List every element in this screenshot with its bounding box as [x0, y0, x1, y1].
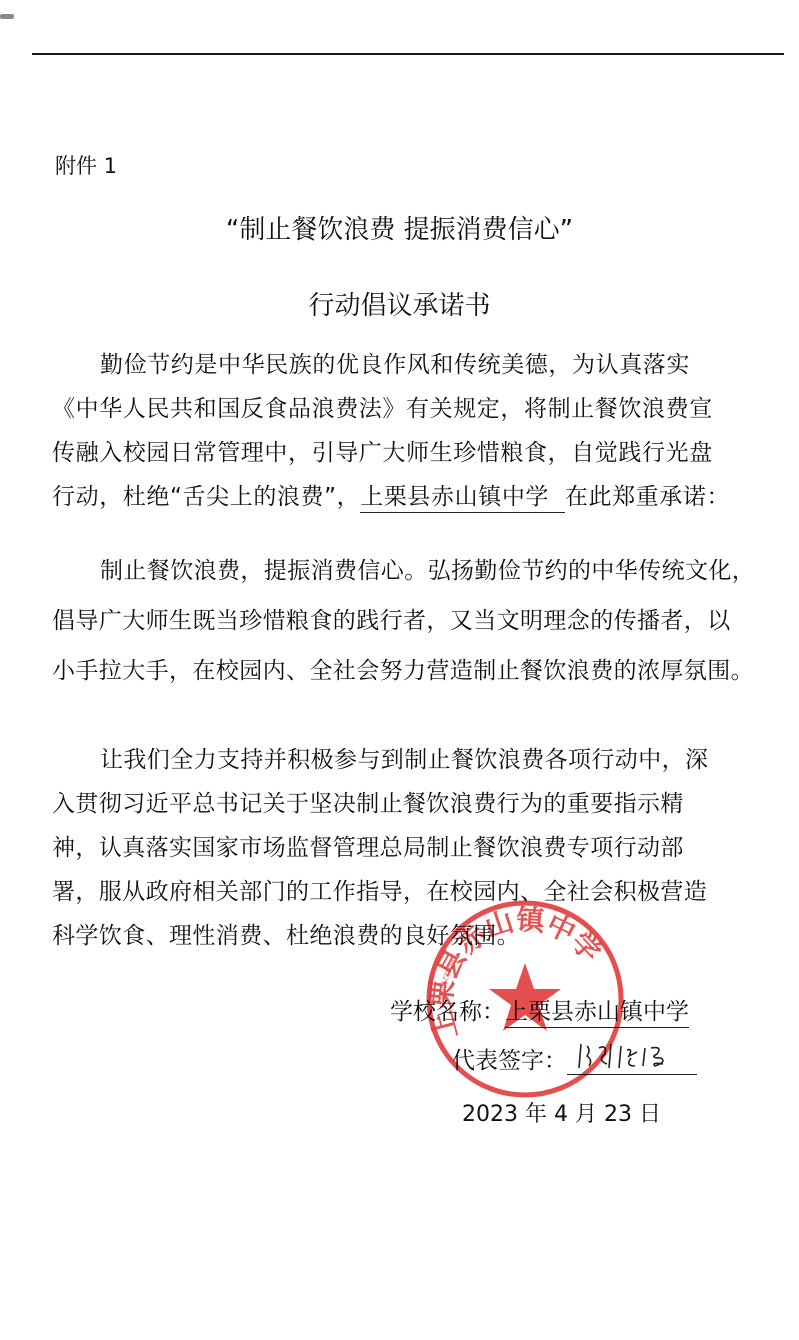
- scan-edge-mark: [0, 14, 14, 19]
- attachment-label: 附件 1: [55, 150, 117, 180]
- p1-line-4-head: 行动，杜绝“舌尖上的浪费”，: [52, 484, 360, 510]
- p2-line-3: 小手拉大手，在校园内、全社会努力营造制止餐饮浪费的浓厚氛围。: [52, 652, 754, 685]
- p1-line-1: 勤俭节约是中华民族的优良作风和传统美德，为认真落实: [100, 346, 690, 379]
- p1-line-2: 《中华人民共和国反食品浪费法》有关规定，将制止餐饮浪费宣: [52, 390, 713, 423]
- svg-text:上栗县赤山镇中学: 上栗县赤山镇中学: [424, 903, 608, 1043]
- school-name-fill: 上栗县赤山镇中学: [360, 484, 549, 510]
- official-seal-icon: 上栗县赤山镇中学 3603221000031: [423, 897, 627, 1101]
- p1-line-3: 传融入校园日常管理中，引导广大师生珍惜粮食，自觉践行光盘: [52, 434, 713, 467]
- date: 2023 年 4 月 23 日: [462, 1097, 661, 1128]
- document-subtitle: 行动倡议承诺书: [0, 285, 799, 322]
- school-name-blank: 上栗县赤山镇中学: [360, 484, 565, 513]
- document-title: “制止餐饮浪费 提振消费信心”: [0, 209, 799, 246]
- header-rule: [32, 53, 784, 55]
- p1-line-4-tail: 在此郑重承诺：: [565, 484, 730, 510]
- p2-line-2: 倡导广大师生既当珍惜粮食的践行者，又当文明理念的传播者，以: [52, 602, 731, 635]
- p3-line-3: 神，认真落实国家市场监督管理总局制止餐饮浪费专项行动部: [52, 829, 684, 862]
- p3-line-2: 入贯彻习近平总书记关于坚决制止餐饮浪费行为的重要指示精: [52, 785, 684, 818]
- p2-line-1: 制止餐饮浪费，提振消费信心。弘扬勤俭节约的中华传统文化，: [100, 552, 755, 585]
- p3-line-1: 让我们全力支持并积极参与到制止餐饮浪费各项行动中，深: [100, 741, 708, 774]
- p1-line-4: 行动，杜绝“舌尖上的浪费”，上栗县赤山镇中学 在此郑重承诺：: [52, 478, 730, 511]
